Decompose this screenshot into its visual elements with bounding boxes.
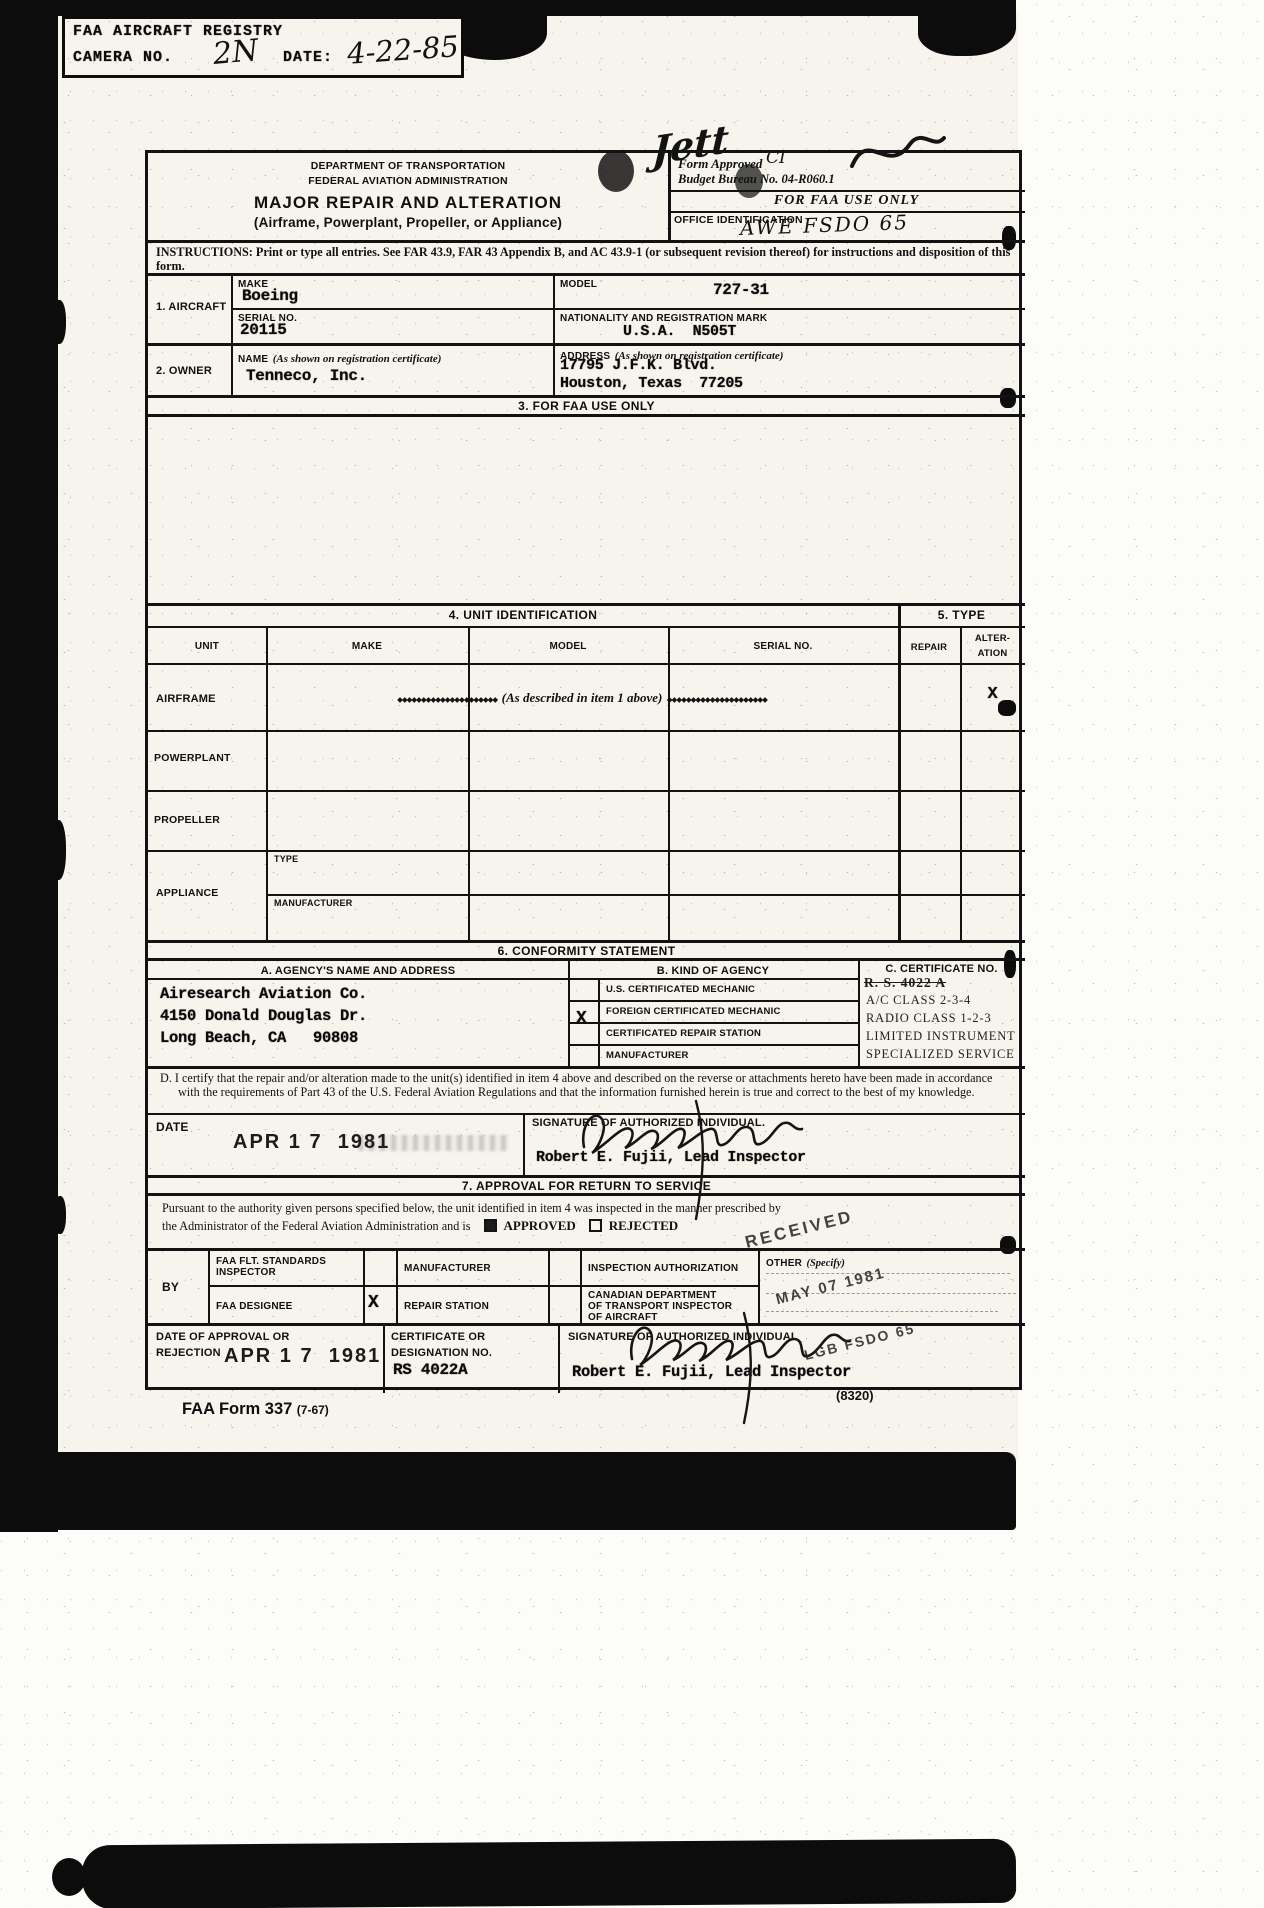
cell-inspection-authorization: INSPECTION AUTHORIZATION bbox=[588, 1263, 738, 1274]
rule-line bbox=[148, 1066, 1025, 1069]
unit-identification-title: 4. UNIT IDENTIFICATION bbox=[148, 608, 898, 622]
cell-repair-station: REPAIR STATION bbox=[404, 1301, 489, 1312]
approval-statement-line2-text: the Administrator of the Federal Aviatio… bbox=[162, 1219, 470, 1233]
owner-name-value: Tenneco, Inc. bbox=[246, 367, 367, 385]
canadian-line2: OF TRANSPORT INSPECTOR bbox=[588, 1301, 732, 1312]
registry-stamp-box: FAA AIRCRAFT REGISTRY CAMERA NO. 2N DATE… bbox=[62, 16, 464, 78]
rule-line bbox=[148, 240, 1025, 243]
scan-edge-bottom-big-blob bbox=[82, 1839, 1016, 1908]
received-stamp-line3: LGB FSDO 65 bbox=[802, 1320, 916, 1363]
rule-line bbox=[266, 894, 1025, 896]
rule-line bbox=[558, 1323, 560, 1393]
owner-address-line2: Houston, Texas 77205 bbox=[560, 375, 743, 392]
handwritten-note: CI bbox=[766, 148, 786, 168]
kind-certificated-repair-station: CERTIFICATED REPAIR STATION bbox=[606, 1029, 761, 1040]
registry-camera-label: CAMERA NO. bbox=[73, 49, 173, 66]
agency-name-value: Airesearch Aviation Co. bbox=[160, 985, 367, 1003]
header-department: DEPARTMENT OF TRANSPORTATION bbox=[148, 161, 668, 173]
owner-name-label-note: (As shown on registration certificate) bbox=[273, 353, 442, 365]
rule-line bbox=[553, 273, 555, 395]
form-edition: (7-67) bbox=[297, 1403, 329, 1417]
received-stamp-line2: MAY 07 1981 bbox=[774, 1261, 902, 1308]
rule-line bbox=[148, 790, 1025, 792]
scan-edge-topright-blob bbox=[918, 0, 1016, 56]
row-propeller-label: PROPELLER bbox=[154, 815, 220, 827]
registry-date-value: 4-22-85 bbox=[346, 29, 460, 71]
owner-name-label: NAME (As shown on registration certifica… bbox=[238, 349, 441, 367]
rule-line bbox=[148, 940, 1025, 943]
col-header-alteration-2: ATION bbox=[960, 649, 1025, 660]
approval-date-label-1: DATE OF APPROVAL OR bbox=[156, 1331, 290, 1343]
rule-line bbox=[148, 603, 1025, 606]
certificate-line-radio-class: RADIO CLASS 1-2-3 bbox=[866, 1011, 991, 1026]
approval-title: 7. APPROVAL FOR RETURN TO SERVICE bbox=[148, 1179, 1025, 1193]
approval-date-value: APR 1 7 1981 bbox=[224, 1345, 381, 1368]
instructions-text: INSTRUCTIONS: Print or type all entries.… bbox=[156, 245, 1012, 274]
airframe-alteration-mark: X bbox=[960, 685, 1025, 704]
conformity-b-header: B. KIND OF AGENCY bbox=[568, 965, 858, 977]
rule-line bbox=[568, 1000, 858, 1002]
aircraft-serial-value: 20115 bbox=[240, 321, 287, 339]
rule-line bbox=[960, 626, 962, 940]
rule-line bbox=[568, 958, 570, 1066]
scan-mark-left-2 bbox=[50, 820, 66, 880]
aircraft-make-value: Boeing bbox=[242, 287, 298, 305]
aircraft-model-value: 727-31 bbox=[713, 281, 769, 299]
approval-date-label-2: REJECTION bbox=[156, 1347, 221, 1359]
appliance-type-label: TYPE bbox=[274, 854, 298, 864]
owner-section-label: 2. OWNER bbox=[156, 365, 212, 377]
col-header-make: MAKE bbox=[266, 641, 468, 652]
canadian-line1: CANADIAN DEPARTMENT bbox=[588, 1290, 732, 1301]
rule-line bbox=[148, 1175, 1025, 1178]
faa-designee-mark: X bbox=[368, 1293, 379, 1313]
approved-checkbox bbox=[484, 1219, 497, 1232]
rule-line bbox=[148, 273, 1025, 276]
certificate-line-specialized-service: SPECIALIZED SERVICE bbox=[866, 1047, 1015, 1062]
rule-line bbox=[568, 1022, 858, 1024]
conformity-title: 6. CONFORMITY STATEMENT bbox=[148, 944, 1025, 958]
owner-address-line1: 17795 J.F.K. Blvd. bbox=[560, 357, 717, 374]
rule-line bbox=[523, 1113, 525, 1175]
certificate-designation-value: RS 4022A bbox=[393, 1361, 467, 1379]
kind-of-agency-mark: X bbox=[576, 1009, 587, 1029]
form-title-block: DEPARTMENT OF TRANSPORTATION FEDERAL AVI… bbox=[148, 153, 668, 240]
signature-glyph-icon bbox=[578, 1101, 828, 1161]
rule-line bbox=[266, 626, 268, 940]
scan-mark-left-3 bbox=[54, 1196, 66, 1234]
col-header-unit: UNIT bbox=[148, 641, 266, 652]
form-title: MAJOR REPAIR AND ALTERATION bbox=[148, 193, 668, 212]
aircraft-section-label: 1. AIRCRAFT bbox=[156, 301, 226, 313]
office-identification-value: AWE FSDO 65 bbox=[740, 210, 910, 240]
certificate-line-ac-class: A/C CLASS 2-3-4 bbox=[866, 993, 971, 1008]
col-header-serial: SERIAL NO. bbox=[668, 641, 898, 652]
col-header-model: MODEL bbox=[468, 641, 668, 652]
rule-line bbox=[148, 395, 1025, 398]
rule-line bbox=[148, 1193, 1025, 1196]
scanned-document-page: FAA AIRCRAFT REGISTRY CAMERA NO. 2N DATE… bbox=[0, 0, 1264, 1908]
rule-line bbox=[148, 850, 1025, 852]
kind-us-certificated-mechanic: U.S. CERTIFICATED MECHANIC bbox=[606, 985, 755, 996]
type-title: 5. TYPE bbox=[898, 608, 1025, 622]
by-label: BY bbox=[162, 1281, 179, 1294]
airframe-description-text: (As described in item 1 above) bbox=[502, 690, 663, 705]
form-footer-number: FAA Form 337 (7-67) bbox=[182, 1400, 329, 1419]
row-airframe-description: ◆◆◆◆◆◆◆◆◆◆◆◆◆◆◆◆◆◆◆◆◆ (As described in i… bbox=[266, 689, 898, 707]
rule-line bbox=[668, 626, 670, 940]
header-administration: FEDERAL AVIATION ADMINISTRATION bbox=[148, 176, 668, 188]
certification-d-statement: D. I certify that the repair and/or alte… bbox=[160, 1071, 1012, 1100]
kind-foreign-certificated-mechanic: FOREIGN CERTIFICATED MECHANIC bbox=[606, 1007, 781, 1018]
rule-line bbox=[568, 1044, 858, 1046]
rule-line bbox=[148, 978, 858, 980]
certificate-label-2: DESIGNATION NO. bbox=[391, 1347, 492, 1359]
registry-date-label: DATE: bbox=[283, 49, 333, 66]
rule-line bbox=[668, 190, 1025, 192]
certificate-label-1: CERTIFICATE OR bbox=[391, 1331, 485, 1343]
rule-line bbox=[383, 1323, 385, 1393]
rule-line bbox=[231, 273, 233, 395]
certificate-line-limited-instrument: LIMITED INSTRUMENT bbox=[866, 1029, 1015, 1044]
scan-edge-left bbox=[0, 0, 58, 1532]
row-powerplant-label: POWERPLANT bbox=[154, 753, 231, 765]
kind-manufacturer: MANUFACTURER bbox=[606, 1051, 689, 1062]
conformity-a-header: A. AGENCY'S NAME AND ADDRESS bbox=[148, 965, 568, 977]
rejected-checkbox bbox=[589, 1219, 602, 1232]
aircraft-nationality-value: U.S.A. N505T bbox=[623, 323, 736, 340]
rule-line bbox=[231, 308, 1025, 310]
rule-line bbox=[468, 626, 470, 940]
col-header-repair: REPAIR bbox=[898, 643, 960, 654]
owner-name-label-text: NAME bbox=[238, 354, 268, 365]
col-header-alteration-1: ALTER- bbox=[960, 634, 1025, 645]
rejected-label: REJECTED bbox=[609, 1218, 678, 1233]
cell-manufacturer: MANUFACTURER bbox=[404, 1263, 491, 1274]
aircraft-model-label: MODEL bbox=[560, 279, 597, 290]
rule-line bbox=[858, 958, 860, 1066]
rule-line bbox=[148, 730, 1025, 732]
rule-line bbox=[208, 1285, 760, 1287]
rule-line bbox=[148, 626, 1025, 628]
received-stamp-line1: RECEIVED bbox=[743, 1199, 887, 1253]
scan-mark-left-1 bbox=[52, 300, 66, 344]
faded-stamp-smudge bbox=[358, 1135, 508, 1151]
registry-camera-value: 2N bbox=[212, 33, 260, 72]
row-appliance-label: APPLIANCE bbox=[156, 888, 218, 900]
scan-edge-bottom-small-blob bbox=[52, 1858, 86, 1896]
rule-line bbox=[148, 958, 1025, 961]
agency-address2-value: Long Beach, CA 90808 bbox=[160, 1029, 358, 1047]
agency-address1-value: 4150 Donald Douglas Dr. bbox=[160, 1007, 367, 1025]
rule-line bbox=[148, 663, 1025, 665]
handwritten-squiggle-icon bbox=[848, 122, 948, 178]
scan-edge-bottom bbox=[52, 1452, 1016, 1530]
rule-line bbox=[148, 414, 1025, 417]
conformity-date-label: DATE bbox=[156, 1121, 189, 1134]
cell-faa-designee: FAA DESIGNEE bbox=[216, 1301, 293, 1312]
conformity-c-header: C. CERTIFICATE NO. bbox=[858, 963, 1025, 975]
airframe-fill-right: ◆◆◆◆◆◆◆◆◆◆◆◆◆◆◆◆◆◆◆◆◆ bbox=[667, 695, 767, 704]
faa-use-only-banner: FOR FAA USE ONLY bbox=[668, 193, 1025, 209]
appliance-manufacturer-label: MANUFACTURER bbox=[274, 898, 352, 908]
form-subtitle: (Airframe, Powerplant, Propeller, or App… bbox=[148, 215, 668, 230]
faa-use-only-section-title: 3. FOR FAA USE ONLY bbox=[148, 399, 1025, 413]
cell-flt-standards-inspector: FAA FLT. STANDARDS INSPECTOR bbox=[216, 1256, 346, 1278]
certificate-no-value: R. S. 4022 A bbox=[864, 975, 946, 991]
rule-line bbox=[898, 603, 901, 940]
approved-label: APPROVED bbox=[504, 1218, 576, 1233]
faa-form-337: DEPARTMENT OF TRANSPORTATION FEDERAL AVI… bbox=[145, 150, 1022, 1390]
form-number: FAA Form 337 bbox=[182, 1400, 292, 1418]
airframe-fill-left: ◆◆◆◆◆◆◆◆◆◆◆◆◆◆◆◆◆◆◆◆◆ bbox=[397, 695, 497, 704]
row-airframe-label: AIRFRAME bbox=[156, 693, 216, 705]
